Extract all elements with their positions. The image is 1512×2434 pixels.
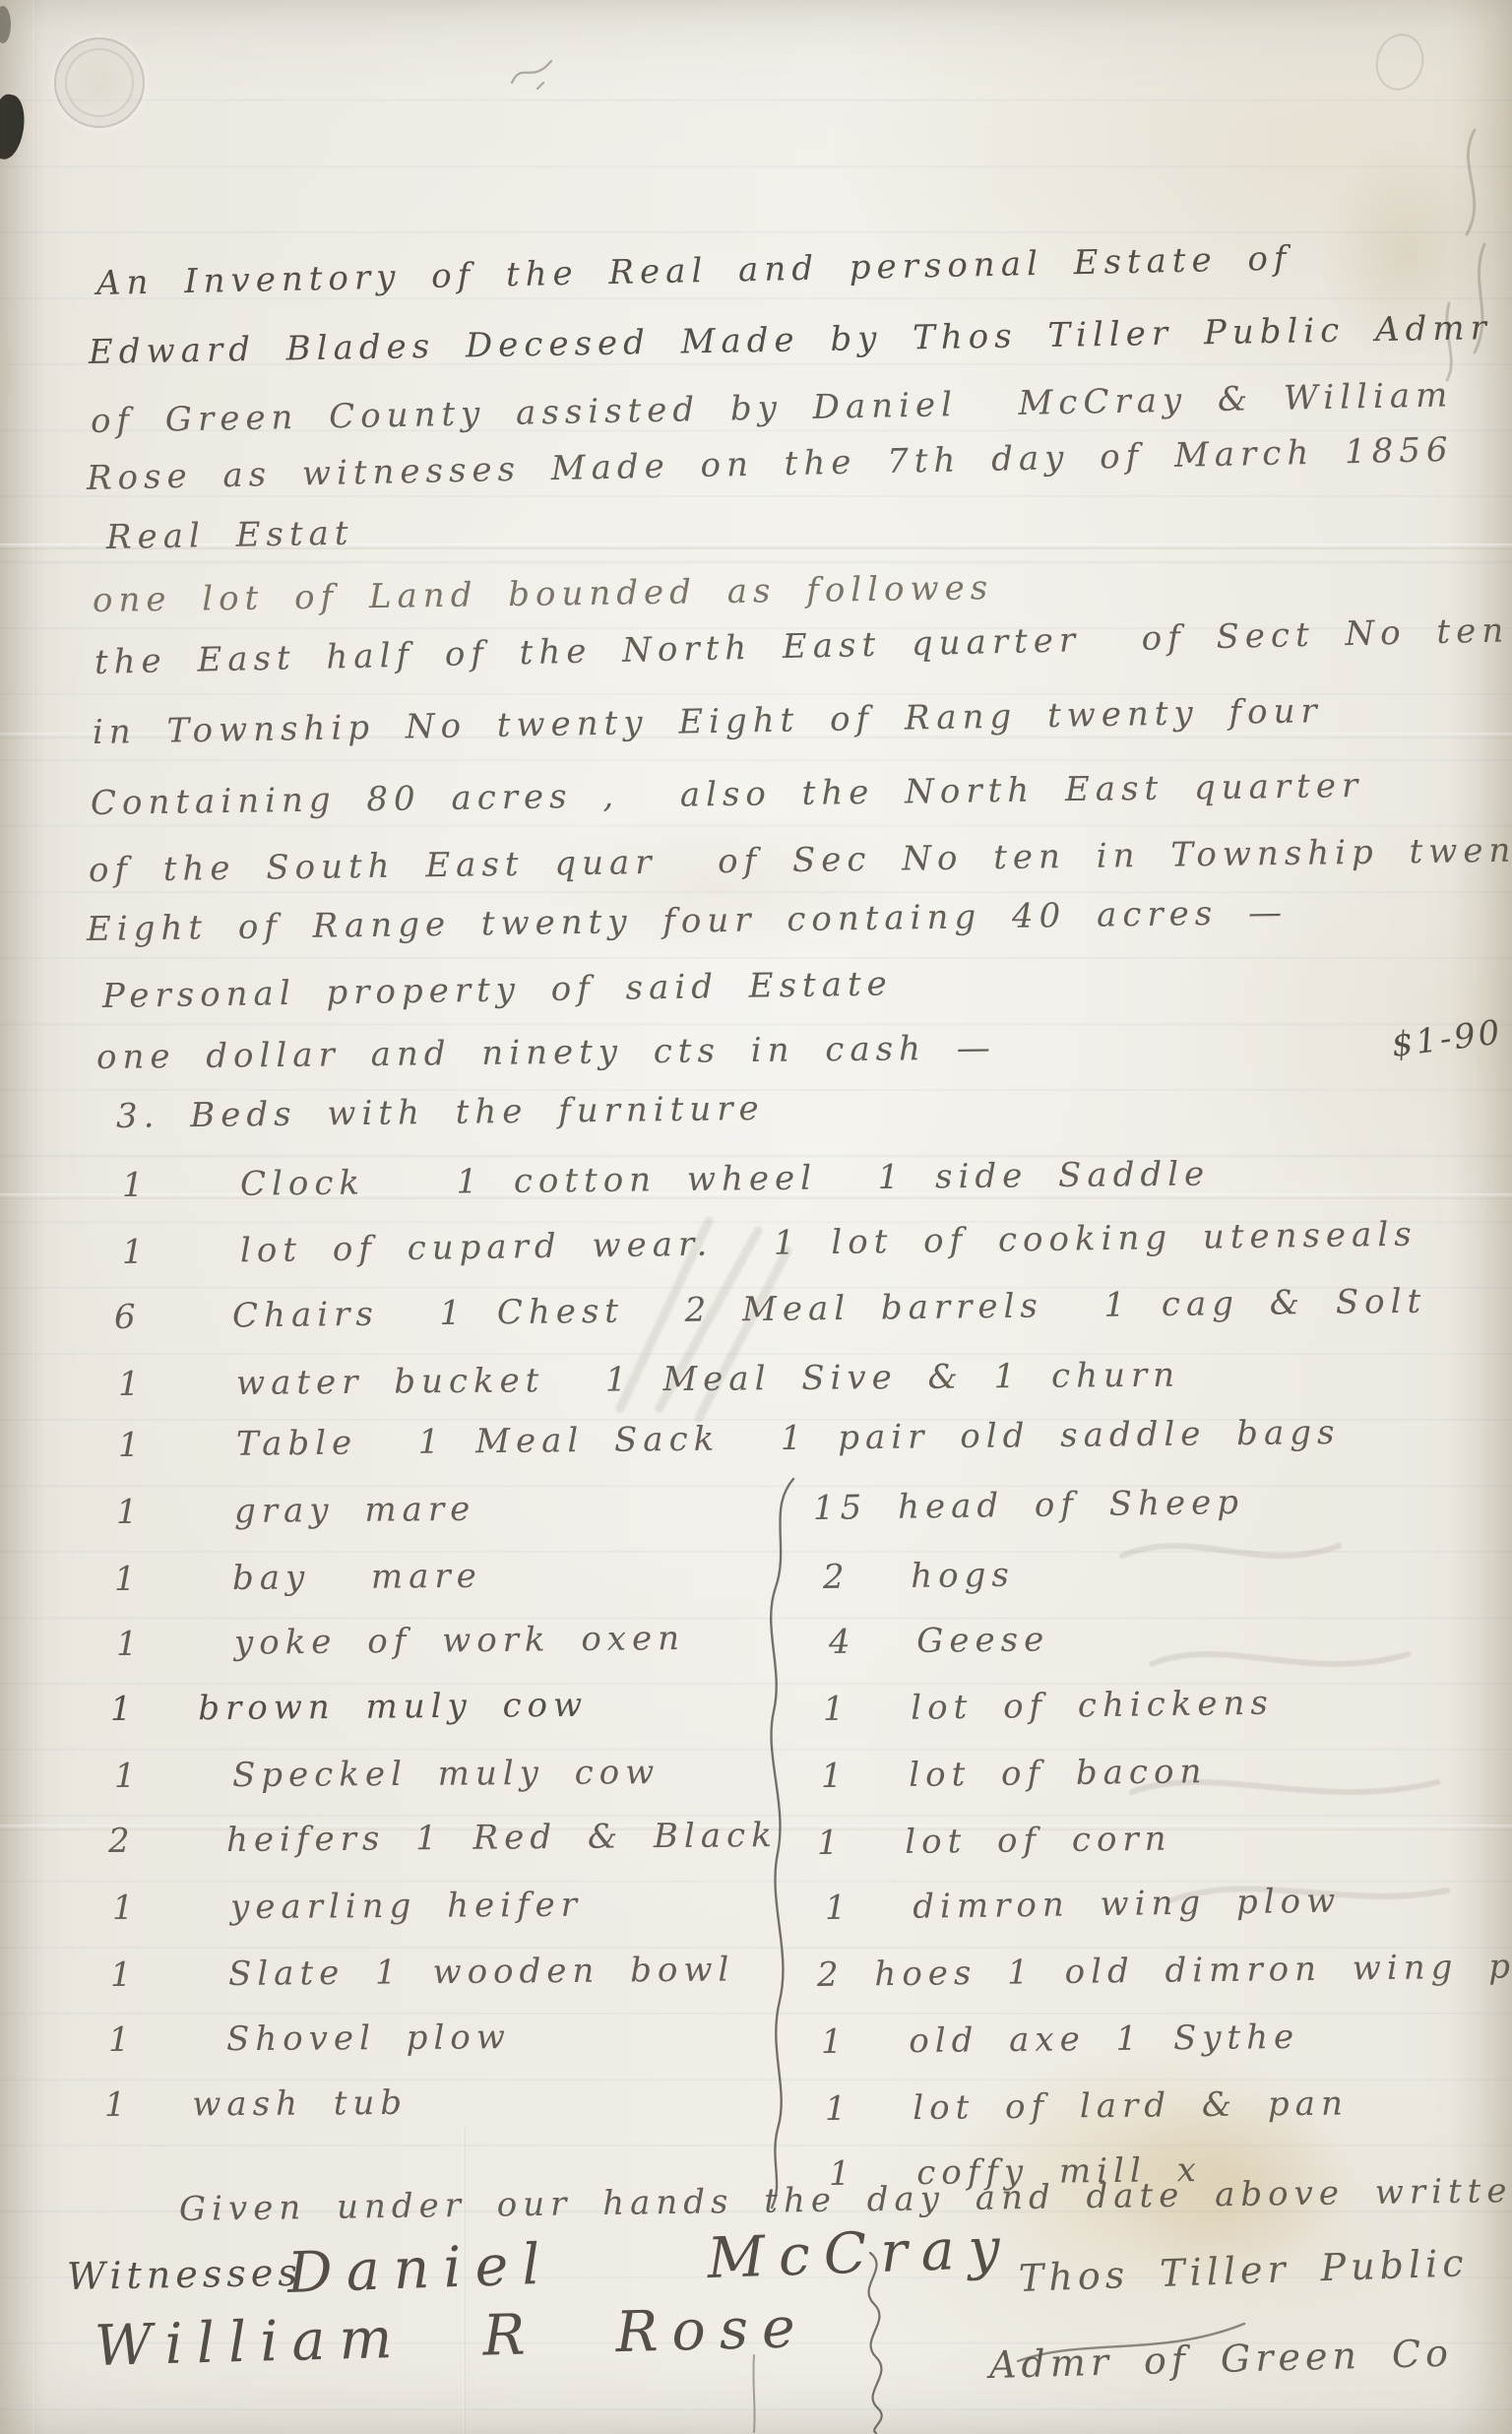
column-right-item: 1 old axe 1 Sythe	[821, 2019, 1300, 2061]
document-line: of Green County assisted by Daniel McCra…	[91, 377, 1454, 440]
pencil-circle-mark	[1370, 29, 1430, 96]
administrator-signature: Admr of Green Co	[988, 2334, 1453, 2387]
fold-crease-vertical	[33, 0, 36, 2434]
column-left-item: 1 Speckel muly cow	[114, 1755, 661, 1795]
document-line: 3. Beds with the furniture	[116, 1091, 765, 1135]
witness-signature: William R Rose	[94, 2297, 809, 2378]
witness-label: Witnesses	[67, 2253, 302, 2298]
document-page: An Inventory of the Real and personal Es…	[0, 0, 1512, 2434]
cash-amount: $1-90	[1390, 1014, 1505, 1064]
column-right-item: 15 head of Sheep	[813, 1485, 1244, 1528]
document-line: Edward Blades Decesed Made by Thos Tille…	[89, 310, 1492, 371]
column-right-item: 1 dimron wing plow	[825, 1884, 1342, 1928]
column-left-item: 1 bay mare	[114, 1559, 482, 1599]
column-right-item: 1 lot of corn	[817, 1822, 1172, 1863]
section-heading-personal-property: Personal property of said Estate	[102, 966, 893, 1015]
closing-statement: Given under our hands the day and date a…	[179, 2173, 1512, 2229]
column-left-item: 2 heifers 1 Red & Black	[108, 1818, 778, 1860]
document-line: 1 lot of cupard wear. 1 lot of cooking u…	[122, 1217, 1417, 1272]
document-line: of the South East quar of Sec No ten in …	[89, 832, 1512, 889]
column-left-item: 1 yoke of work oxen	[116, 1621, 685, 1663]
inventory-title-line: An Inventory of the Real and personal Es…	[96, 241, 1292, 303]
column-left-item: 1 yearling heifer	[112, 1888, 583, 1928]
paper-tear	[0, 325, 10, 414]
column-right-item: 1 lot of lard & pan	[825, 2085, 1349, 2128]
document-line: the East half of the North East quarter …	[94, 612, 1510, 681]
column-left-item: 1 Shovel plow	[108, 2019, 511, 2059]
column-right-item: 4 Geese	[829, 1622, 1050, 1661]
witness-signature: Daniel McCray	[286, 2217, 1015, 2304]
document-line: in Township No twenty Eight of Rang twen…	[93, 693, 1323, 751]
document-line: 1 Table 1 Meal Sack 1 pair old saddle ba…	[118, 1415, 1341, 1464]
document-line: 1 water bucket 1 Meal Sive & 1 churn	[118, 1358, 1180, 1404]
pencil-stroke	[746, 2353, 762, 2434]
column-right-item: 1 lot of bacon	[821, 1754, 1208, 1795]
column-left-item: 1 gray mare	[116, 1492, 476, 1532]
ink-blot	[0, 6, 11, 43]
document-line: Rose as witnesses Made on the 7th day of…	[87, 432, 1454, 497]
column-left-item: 1 Slate 1 wooden bowl	[110, 1952, 735, 1994]
document-line: Containing 80 acres , also the North Eas…	[91, 768, 1364, 822]
column-left-item: 1 wash tub	[104, 2085, 408, 2125]
document-line: Eight of Range twenty four containg 40 a…	[87, 895, 1289, 948]
administrator-signature: Thos Tiller Public	[1018, 2243, 1469, 2300]
pencil-mark	[508, 53, 563, 93]
document-line: 1 Clock 1 cotton wheel 1 side Saddle	[122, 1156, 1211, 1204]
column-right-item: 2 hogs	[823, 1558, 1015, 1597]
section-heading-real-estate: Real Estat	[106, 516, 354, 557]
cash-line: one dollar and ninety cts in cash —	[96, 1030, 996, 1076]
column-left-item: 1 brown muly cow	[110, 1688, 588, 1729]
embossed-seal	[54, 37, 145, 128]
document-line: 6 Chairs 1 Chest 2 Meal barrels 1 cag & …	[114, 1284, 1427, 1337]
column-right-item: 1 lot of chickens	[823, 1686, 1274, 1729]
document-line: one lot of Land bounded as followes	[93, 570, 994, 619]
column-right-item: 2 hoes 1 old dimron wing plow	[817, 1948, 1512, 1994]
ink-blot	[0, 93, 29, 161]
